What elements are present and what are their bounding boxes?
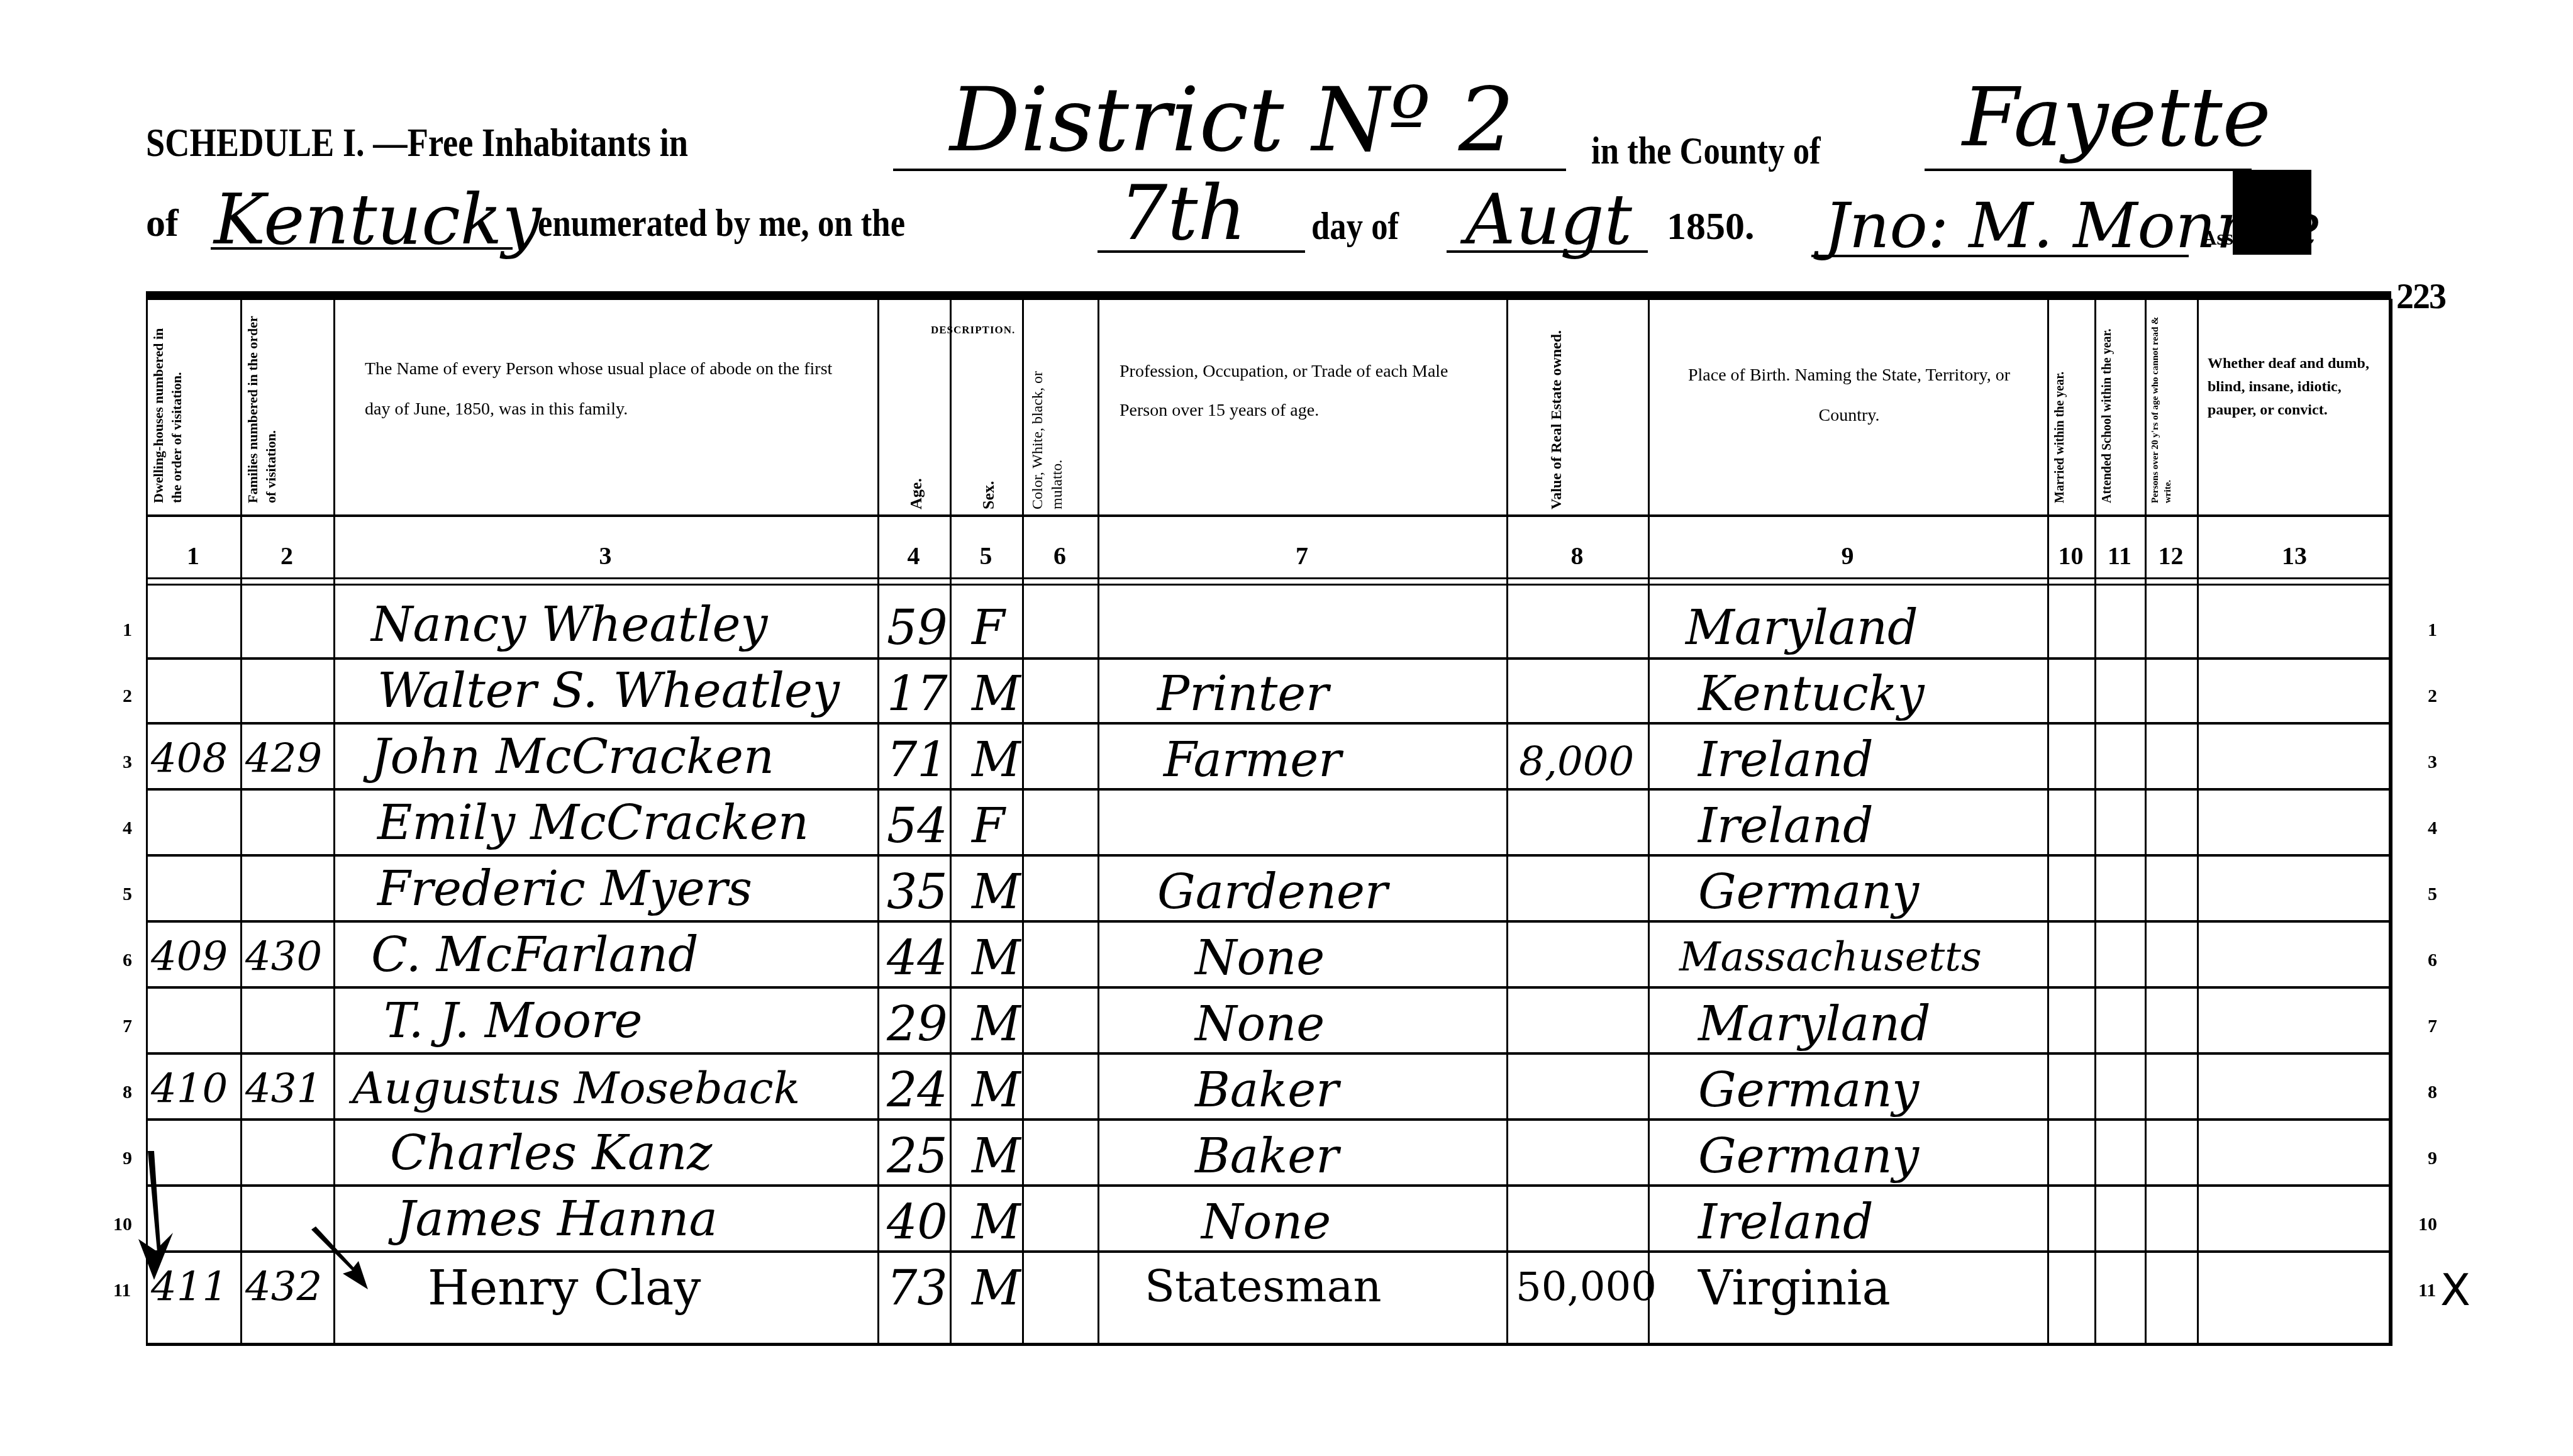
col-number-8: 8 [1506,541,1648,570]
age-cell: 44 [887,934,948,982]
name-cell: James Hanna [396,1195,718,1243]
row-rule-6 [146,986,2392,989]
name-cell: C. McFarland [371,931,699,979]
row-rule-1 [146,657,2392,660]
line-number-right: 7 [2428,1016,2437,1037]
occupation-cell: None [1201,1198,1331,1246]
age-cell: 71 [887,736,948,784]
line-number-right: 11 [2418,1280,2436,1301]
occupation-cell: Baker [1195,1066,1339,1114]
family-cell: 431 [245,1069,322,1109]
line-number-right: 4 [2428,818,2437,839]
col-number-3: 3 [333,541,877,570]
name-cell: Charles Kanz [390,1129,712,1177]
col-number-10: 10 [2047,541,2094,570]
colnum-bottom-rule-2 [146,584,2392,586]
row-rule-10 [146,1250,2392,1253]
birthplace-cell: Massachusetts [1679,937,1982,977]
col-number-6: 6 [1022,541,1098,570]
line-number-right: 3 [2428,752,2437,773]
age-cell: 25 [887,1132,948,1180]
col-number-9: 9 [1648,541,2047,570]
col-divider-6 [1098,299,1099,1346]
col-divider-7 [1506,299,1508,1346]
enumerator-title: Ass't Mar. [2201,226,2296,250]
name-cell: Henry Clay [428,1264,701,1312]
col-header-5: Sex. [978,459,999,509]
arrow-icon [129,1145,186,1289]
col-number-13: 13 [2197,541,2392,570]
birthplace-cell: Kentucky [1698,670,1925,718]
sex-cell: M [972,868,1021,916]
sex-cell: M [972,1000,1021,1048]
birthplace-cell: Germany [1698,868,1919,916]
sex-cell: F [972,604,1005,652]
schedule-title: SCHEDULE I. —Free Inhabitants in [146,119,688,166]
dwelling-cell: 410 [151,1069,228,1109]
title-prefix: —Free Inhabitants in [373,120,688,165]
occupation-cell: Farmer [1164,736,1342,784]
col-divider-2 [333,299,335,1346]
sex-cell: M [972,1264,1021,1312]
col-divider-1 [240,299,242,1346]
occupation-cell: Baker [1195,1132,1339,1180]
header-bottom-rule [146,514,2392,517]
birthplace-cell: Germany [1698,1132,1919,1180]
district-value: District Nº 2 [950,69,1514,172]
row-rule-2 [146,722,2392,725]
name-cell: Augustus Moseback [352,1066,800,1110]
dwelling-cell: 408 [151,739,228,779]
age-cell: 17 [887,670,948,718]
col-number-4: 4 [877,541,950,570]
dwelling-cell: 409 [151,937,228,977]
page-number-stamp: 223 [2396,277,2445,317]
birthplace-cell: Ireland [1698,802,1874,850]
line-number-right: 5 [2428,884,2437,905]
line-number-right: 6 [2428,950,2437,971]
line-number-right: 2 [2428,686,2437,707]
col-header-2: Families numbered in the order of visita… [244,314,331,503]
col-header-1: Dwelling-houses numbered in the order of… [150,314,238,503]
line-number-left: 2 [123,686,132,707]
col-number-1: 1 [146,541,240,570]
name-cell: Emily McCracken [377,799,809,847]
schedule-label: SCHEDULE I. [146,120,365,165]
line-number-left: 3 [123,752,132,773]
col-divider-4 [950,299,952,1346]
birthplace-cell: Ireland [1698,1198,1874,1246]
age-cell: 35 [887,868,948,916]
col-divider-9 [2047,299,2049,1346]
real-estate-cell: 8,000 [1519,742,1634,782]
name-cell: Frederic Myers [377,865,752,913]
col-header-12: Persons over 20 y'rs of age who cannot r… [2150,314,2194,503]
state-value: Kentucky [214,179,542,260]
sex-cell: M [972,736,1021,784]
enumerated-label: enumerated by me, on the [538,201,905,246]
col-header-4: Age. [906,453,927,509]
col-divider-5 [1022,299,1024,1346]
line-number-right: 8 [2428,1082,2437,1103]
birthplace-cell: Germany [1698,1066,1919,1114]
col-divider-3 [877,299,879,1346]
col-header-7: Profession, Occupation, or Trade of each… [1120,352,1497,430]
birthplace-cell: Maryland [1686,604,1918,652]
col-header-11: Attended School within the year. [2099,314,2142,503]
line-number-right: 9 [2428,1148,2437,1169]
col-number-7: 7 [1098,541,1506,570]
county-value: Fayette [1962,69,2271,165]
line-number-right: 10 [2418,1214,2437,1235]
row-rule-5 [146,920,2392,923]
sex-cell: M [972,934,1021,982]
row-rule-9 [146,1184,2392,1187]
line-number-left: 6 [123,950,132,971]
margin-x-mark: X [2440,1264,2470,1316]
occupation-cell: None [1195,934,1325,982]
name-cell: T. J. Moore [384,997,642,1045]
county-label: in the County of [1591,129,1821,174]
sex-cell: M [972,1198,1021,1246]
line-number-left: 4 [123,818,132,839]
county-underline [1925,169,2252,171]
day-value: 7th [1120,170,1247,257]
birthplace-cell: Maryland [1698,1000,1931,1048]
month-value: Augt [1465,179,1632,260]
birthplace-cell: Ireland [1698,736,1874,784]
age-cell: 29 [887,1000,948,1048]
age-cell: 59 [887,604,948,652]
arrow-icon [308,1226,377,1296]
occupation-cell: None [1195,1000,1325,1048]
occupation-cell: Printer [1157,670,1329,718]
line-number-left: 5 [123,884,132,905]
age-cell: 24 [887,1066,948,1114]
line-number-left: 7 [123,1016,132,1037]
name-cell: Walter S. Wheatley [377,667,840,714]
col-number-5: 5 [950,541,1022,570]
family-cell: 429 [245,739,322,779]
col-number-11: 11 [2094,541,2145,570]
line-number-right: 1 [2428,620,2437,641]
line-number-left: 1 [123,620,132,641]
family-cell: 430 [245,937,322,977]
col-header-13: Whether deaf and dumb, blind, insane, id… [2208,352,2387,423]
colnum-bottom-rule [146,577,2392,579]
col-header-6: Color, White, black, or mulatto. [1028,352,1094,509]
col-divider-12 [2197,299,2199,1346]
col-number-2: 2 [240,541,333,570]
col-header-3: The Name of every Person whose usual pla… [365,349,862,430]
birthplace-cell: Virginia [1698,1264,1891,1312]
occupation-cell: Statesman [1145,1264,1382,1308]
occupation-cell: Gardener [1157,868,1387,916]
name-cell: Nancy Wheatley [371,601,768,648]
row-rule-3 [146,788,2392,791]
state-prefix: of [146,201,179,246]
col-header-8: Value of Real Estate owned. [1547,314,1610,509]
col-number-12: 12 [2145,541,2197,570]
sex-cell: M [972,1132,1021,1180]
col-divider-8 [1648,299,1650,1346]
description-group-label: DESCRIPTION. [931,324,1015,336]
name-cell: John McCracken [371,733,774,781]
age-cell: 40 [887,1198,948,1246]
col-header-10: Married within the year. [2052,314,2092,503]
row-rule-4 [146,854,2392,857]
real-estate-cell: 50,000 [1516,1267,1657,1308]
age-cell: 54 [887,802,948,850]
sex-cell: M [972,670,1021,718]
enumerator-signature: Jno: M. Monroe [1824,189,2321,262]
line-number-left: 8 [123,1082,132,1103]
sex-cell: M [972,1066,1021,1114]
col-header-9: Place of Birth. Naming the State, Territ… [1686,355,2013,436]
row-rule-7 [146,1052,2392,1055]
day-of-label: day of [1311,204,1399,249]
row-rule-8 [146,1118,2392,1121]
col-divider-10 [2094,299,2096,1346]
year-label: 1850. [1667,204,1755,249]
age-cell: 73 [887,1264,948,1312]
sex-cell: F [972,802,1005,850]
col-divider-11 [2145,299,2147,1346]
